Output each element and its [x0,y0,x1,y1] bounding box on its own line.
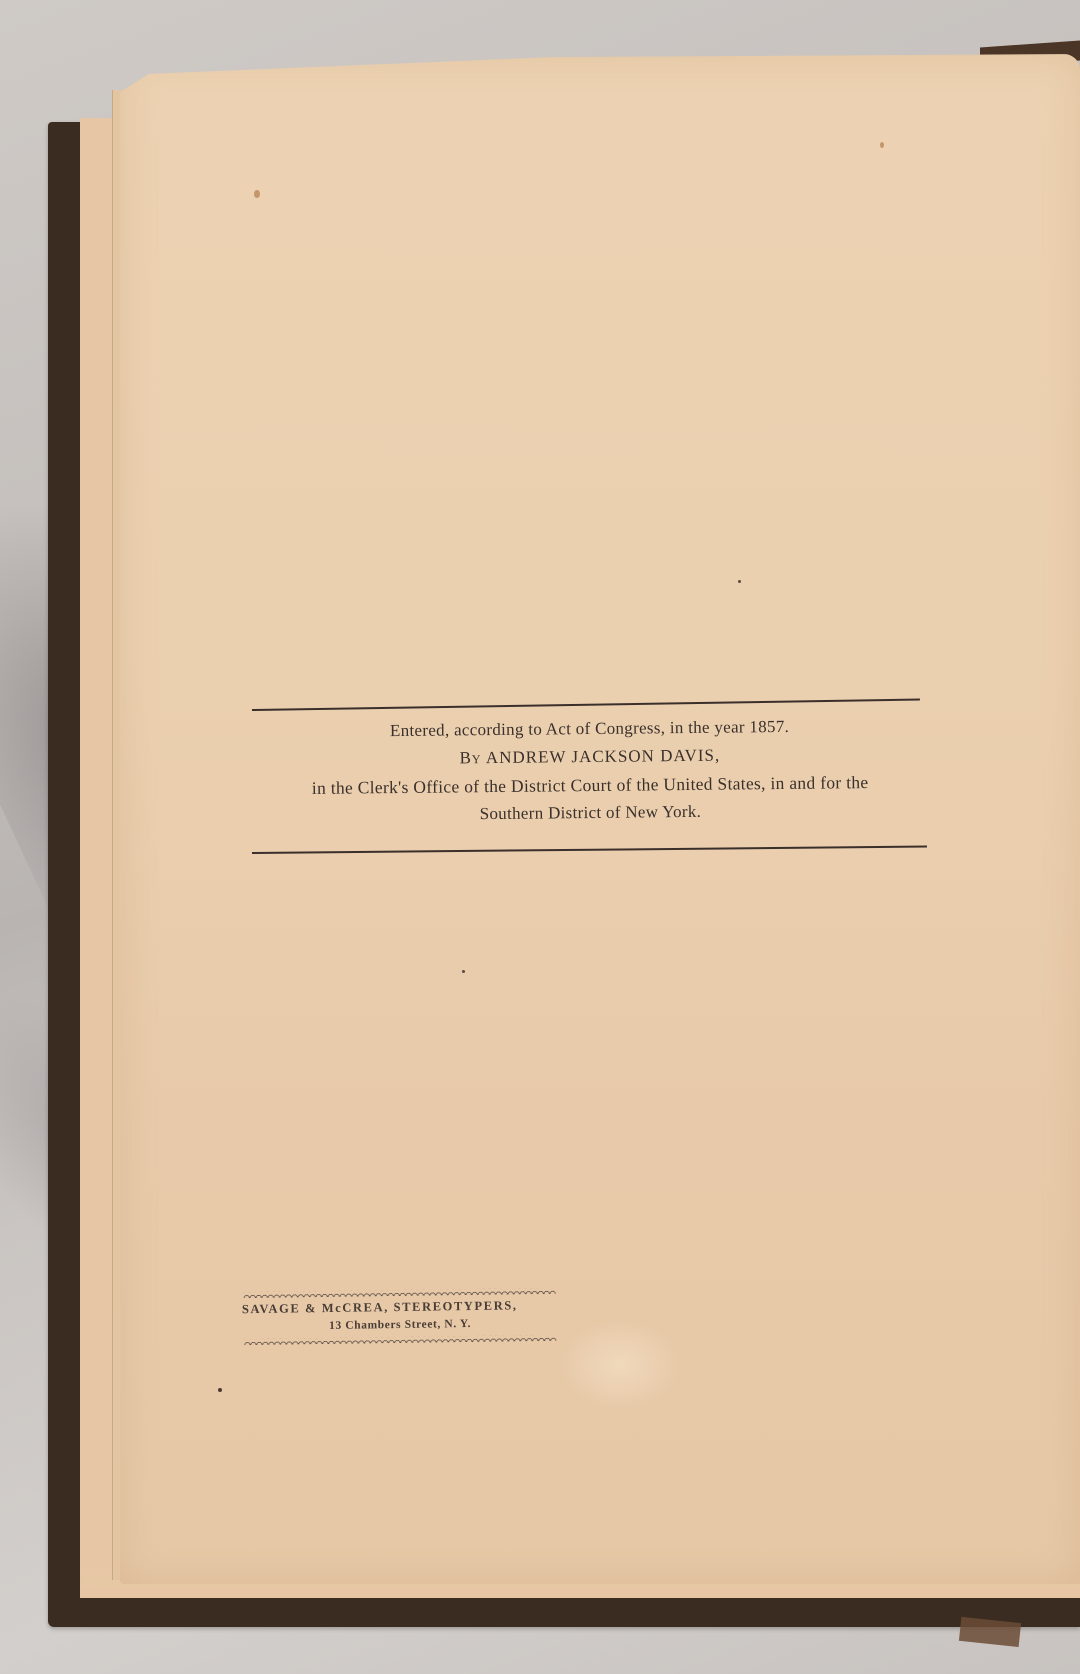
stereotypers-name: SAVAGE & McCREA, STEREOTYPERS, [240,1298,560,1317]
foxing-spot [880,142,884,148]
foxing-spot [738,580,741,583]
foxing-spot [462,970,465,973]
copyright-notice: Entered, according to Act of Congress, i… [249,711,930,830]
cover-frayed-corner [959,1617,1021,1647]
copyright-author-name: ANDREW JACKSON DAVIS, [486,746,721,767]
stereotypers-imprint: SAVAGE & McCREA, STEREOTYPERS, 13 Chambe… [240,1288,561,1345]
stereotypers-address: 13 Chambers Street, N. Y. [240,1317,560,1333]
foxing-spot [254,190,260,198]
foxing-spot [218,1388,222,1392]
page-stain [560,1320,680,1410]
copyright-by-prefix: By [459,748,481,767]
